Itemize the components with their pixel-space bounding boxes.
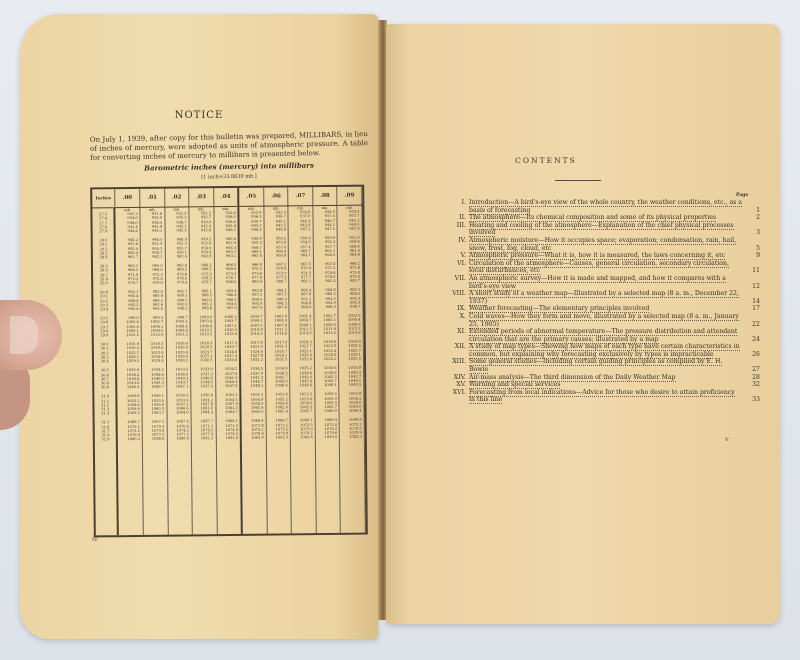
row-group: 1000.71004.11007.51010.81014.2 bbox=[243, 315, 263, 336]
toc-entry: VII.An atmospheric survey—How it is made… bbox=[440, 275, 760, 290]
mb-column: mb.931.3934.6938.0941.4944.8948.2951.695… bbox=[115, 207, 144, 535]
row-group: 949.2952.6956.0959.4962.8 bbox=[192, 237, 212, 258]
toc-entry-title: Some general studies—Including certain g… bbox=[469, 358, 742, 373]
row-group: 1034.51037.91041.31044.71048.1 bbox=[243, 367, 263, 388]
row-group: 932.3935.7939.0942.4945.8 bbox=[192, 211, 212, 232]
row-group: 931.6935.0938.4941.8945.1 bbox=[143, 212, 163, 233]
toc-entry: I.Introduction—A bird's-eye view of the … bbox=[440, 199, 760, 214]
row-group: 31.531.631.731.831.9 bbox=[97, 421, 115, 442]
column-header: .08 bbox=[313, 187, 338, 206]
toc-entry-page: 24 bbox=[742, 336, 760, 344]
row-group: 932.6936.0939.4942.8946.2 bbox=[216, 211, 236, 232]
row-group: 949.9953.3956.7960.1963.4 bbox=[242, 237, 262, 258]
row-group: 1019.01022.41025.71029.11032.5 bbox=[341, 340, 361, 361]
row-group: 948.2951.6955.0958.4961.7 bbox=[118, 238, 138, 259]
row-group: 934.3937.7941.1944.5947.9 bbox=[340, 210, 360, 231]
row-group: 1051.51054.91058.31061.61065.0 bbox=[244, 393, 264, 414]
row-group: 965.1968.5971.9975.3978.7 bbox=[118, 264, 138, 285]
toc-entry-number: VIII. bbox=[440, 290, 469, 298]
row-group: 999.71003.11006.41009.81013.2 bbox=[168, 316, 188, 337]
row-group: 27.527.627.727.827.9 bbox=[94, 212, 112, 233]
row-group: 948.5951.9955.3958.7962.1 bbox=[143, 238, 163, 259]
column-header: .01 bbox=[140, 189, 165, 208]
toc-entry-page: 12 bbox=[742, 283, 760, 291]
toc-entry-page: 11 bbox=[742, 267, 760, 275]
toc-entry: XIV.Air-mass analysis—The third dimensio… bbox=[440, 374, 760, 382]
row-group: 950.2953.6957.0960.4963.8 bbox=[267, 237, 287, 258]
row-group: 966.5969.9973.3976.7980.0 bbox=[217, 263, 237, 284]
row-group: 28.028.128.228.328.4 bbox=[95, 238, 113, 259]
toc-entry-title: Air-mass analysis—The third dimension of… bbox=[469, 374, 742, 382]
toc-entry-page: 26 bbox=[742, 351, 760, 359]
toc-entry-number: XVI. bbox=[440, 389, 469, 397]
toc-entry-page: 17 bbox=[742, 305, 760, 313]
row-group: 983.4986.8990.2993.6997.0 bbox=[217, 289, 237, 310]
row-group: 1035.91039.31042.71046.11049.5 bbox=[341, 366, 361, 387]
row-group: 1033.21036.61040.01043.31046.7 bbox=[144, 368, 164, 389]
column-header: .07 bbox=[288, 187, 313, 206]
notice-title: NOTICE bbox=[20, 110, 378, 121]
row-group: 983.8987.1990.5993.9997.3 bbox=[243, 289, 263, 310]
mb-column: mb.932.6936.0939.4942.8946.2949.6952.995… bbox=[213, 206, 242, 534]
toc-entry-number: IV. bbox=[440, 237, 469, 245]
row-group: 950.6954.0957.4960.7964.1 bbox=[291, 236, 311, 257]
row-group: 1067.11070.41073.81077.21080.6 bbox=[145, 420, 165, 441]
toc-entry-page: 9 bbox=[742, 252, 760, 260]
row-group: 1067.71071.11074.51077.91081.3 bbox=[194, 419, 214, 440]
toc-entry-page: 5 bbox=[742, 245, 760, 253]
row-group: 28.528.628.728.828.9 bbox=[95, 264, 113, 285]
mb-column: mb.931.6935.0938.4941.8945.1948.5951.995… bbox=[140, 207, 168, 535]
row-group: 1050.81054.21057.61061.01064.4 bbox=[193, 393, 213, 414]
toc-entry-page: 22 bbox=[742, 321, 760, 329]
row-group: 934.0937.4940.7944.1947.5 bbox=[315, 210, 335, 231]
row-group: 1068.71072.11075.51078.91082.3 bbox=[269, 419, 289, 440]
toc-entry: V.Atmospheric pressure—What it is, how i… bbox=[440, 252, 760, 260]
row-group: 1067.41070.81074.21077.51080.9 bbox=[169, 420, 189, 441]
table-body: 27.527.627.727.827.928.028.128.228.328.4… bbox=[92, 205, 365, 535]
row-group: 1068.41071.81075.21078.61081.9 bbox=[244, 419, 264, 440]
toc-entry-title: Forecasting from local indications—Advic… bbox=[469, 389, 742, 404]
row-group: 951.3954.6958.0961.4964.8 bbox=[340, 236, 360, 257]
toc-entry-title: Extended periods of abnormal temperature… bbox=[469, 328, 742, 343]
row-group: 950.9954.3957.7961.1964.5 bbox=[316, 236, 336, 257]
page-column-header: Page bbox=[736, 193, 748, 198]
row-group: 1052.51055.91059.31062.71066.0 bbox=[317, 392, 337, 413]
row-group: 984.1987.5990.9994.3997.6 bbox=[267, 289, 287, 310]
toc-entry-page: 33 bbox=[742, 396, 760, 404]
toc-entry-title: Warning and special services bbox=[469, 381, 742, 389]
toc-entry: III.Heating and cooling of the atmospher… bbox=[440, 222, 760, 237]
row-group: 29.029.129.229.329.4 bbox=[95, 290, 113, 311]
toc-entry-page: 14 bbox=[742, 298, 760, 306]
toc-entry: XII.A study of map types—Showing how map… bbox=[440, 343, 760, 358]
row-group: 1018.61022.01025.41028.81032.2 bbox=[317, 340, 337, 361]
row-group: 1018.31021.71025.11028.41031.8 bbox=[292, 340, 312, 361]
toc-entry-number: VI. bbox=[440, 260, 469, 268]
row-group: 1049.81053.21056.61059.91063.3 bbox=[120, 394, 140, 415]
toc-entry-title: Atmospheric pressure—What it is, how it … bbox=[469, 252, 742, 260]
toc-entry: IV.Atmospheric moisture—How it occupies … bbox=[440, 237, 760, 252]
row-group: 966.2969.5972.9976.3979.7 bbox=[192, 263, 212, 284]
row-group: 1015.91019.31022.71026.11029.5 bbox=[119, 342, 139, 363]
toc-entry-title: Heating and cooling of the atmosphere—Ex… bbox=[469, 222, 742, 237]
row-group: 968.2971.6975.0978.3981.7 bbox=[340, 262, 360, 283]
row-group: 983.1986.5989.9993.2996.6 bbox=[192, 289, 212, 310]
row-group: 1052.21055.61058.91062.31065.7 bbox=[293, 392, 313, 413]
toc-entry: XIII.Some general studies—Including cert… bbox=[440, 358, 760, 373]
conversion-table: Inches.00.01.02.03.04.05.06.07.08.09 27.… bbox=[90, 185, 368, 538]
toc-entry-title: Introduction—A bird's-eye view of the wh… bbox=[469, 199, 742, 214]
row-group: 982.7986.1989.5992.9996.3 bbox=[168, 290, 188, 311]
row-group: 965.8969.2972.6976.0979.4 bbox=[168, 264, 188, 285]
row-group: 948.9952.3955.7959.1962.4 bbox=[167, 238, 187, 259]
toc-entry: XVI.Forecasting from local indications—A… bbox=[440, 389, 760, 404]
toc-entry-number: XII. bbox=[440, 343, 469, 351]
row-group: 1000.31003.71007.11010.51013.9 bbox=[217, 315, 237, 336]
column-header: .04 bbox=[213, 188, 238, 207]
row-group: 1051.11054.51057.91061.31064.7 bbox=[218, 393, 238, 414]
row-group: 982.1985.4988.8992.2995.6 bbox=[119, 290, 139, 311]
row-group: 1016.61020.01023.41026.81030.1 bbox=[168, 342, 188, 363]
row-group: 1069.81073.11076.51079.91083.3 bbox=[342, 418, 362, 439]
toc-entry-page: 28 bbox=[742, 374, 760, 382]
row-group: 933.6937.0940.4943.8947.2 bbox=[291, 210, 311, 231]
toc-entry-number: XIII. bbox=[440, 358, 469, 366]
page-number-right: V bbox=[725, 437, 729, 443]
column-header: .02 bbox=[164, 188, 189, 207]
row-group: 1016.91020.31023.71027.11030.5 bbox=[193, 341, 213, 362]
row-group: 1017.91021.31024.71028.11031.5 bbox=[268, 341, 288, 362]
row-group: 933.3936.7940.1943.5946.8 bbox=[266, 211, 286, 232]
toc-entry: XI.Extended periods of abnormal temperat… bbox=[440, 328, 760, 343]
row-group: 999.01002.41005.81009.11012.5 bbox=[119, 316, 139, 337]
toc-entry-number: VII. bbox=[440, 275, 469, 283]
row-group: 1052.81056.21059.61063.01066.4 bbox=[342, 392, 362, 413]
row-group: 1034.91038.31041.71045.01048.4 bbox=[268, 367, 288, 388]
row-group: 1068.11071.51074.81078.21081.6 bbox=[218, 419, 238, 440]
mb-column: mb.933.3936.7940.1943.5946.8950.2953.695… bbox=[264, 206, 292, 534]
row-group: 30.530.630.730.830.9 bbox=[96, 369, 114, 390]
row-group: 31.031.131.231.331.4 bbox=[96, 395, 114, 416]
row-group: 1034.21037.61041.01044.41047.8 bbox=[218, 367, 238, 388]
row-group: 966.8970.2973.6977.0980.4 bbox=[242, 263, 262, 284]
toc-entry-page: 2 bbox=[742, 214, 760, 222]
toc-entry-number: IX. bbox=[440, 305, 469, 313]
row-group: 965.5968.9972.2975.6979.0 bbox=[143, 264, 163, 285]
thumbnail bbox=[10, 316, 38, 354]
row-group: 1069.11072.51075.91079.21082.6 bbox=[293, 418, 313, 439]
toc-entry: XV.Warning and special services32 bbox=[440, 381, 760, 389]
toc-entry: IX.Weather forecasting—The elementary pr… bbox=[440, 305, 760, 313]
toc-entry-page: 3 bbox=[742, 229, 760, 237]
row-group: 1033.51036.91040.31043.71047.1 bbox=[169, 368, 189, 389]
toc-entry-title: An atmospheric survey—How it is made and… bbox=[469, 275, 742, 290]
row-group: 967.5970.9974.3977.7981.1 bbox=[291, 262, 311, 283]
toc-entry: VIII.A short study of a weather map—Illu… bbox=[440, 290, 760, 305]
row-group: 1017.31020.71024.01027.41030.8 bbox=[217, 341, 237, 362]
row-group: 29.529.629.729.829.9 bbox=[96, 316, 114, 337]
row-group: 1069.41072.81076.21079.61083.0 bbox=[318, 418, 338, 439]
toc-entry-number: V. bbox=[440, 252, 469, 260]
row-group: 30.030.130.230.330.4 bbox=[96, 342, 114, 363]
row-group: 1035.61038.91042.31045.71049.1 bbox=[317, 366, 337, 387]
toc-entry-title: Weather forecasting—The elementary princ… bbox=[469, 305, 742, 313]
row-group: 999.31002.71006.11009.51012.9 bbox=[144, 316, 164, 337]
toc-entry-page: 32 bbox=[742, 381, 760, 389]
title-rule bbox=[555, 180, 601, 181]
row-group: 984.8988.2991.5994.9998.3 bbox=[316, 288, 336, 309]
row-group: 985.1988.5991.9995.3998.7 bbox=[341, 288, 361, 309]
mb-column: mb.932.9936.3939.7943.1946.5949.9953.395… bbox=[239, 206, 268, 534]
row-group: 1001.71005.11008.51011.91015.2 bbox=[316, 314, 336, 335]
row-group: 1066.71070.11073.51076.91080.3 bbox=[120, 420, 140, 441]
contents-title: CONTENTS bbox=[386, 156, 706, 165]
row-group: 1017.61021.01024.41027.81031.2 bbox=[243, 341, 263, 362]
mb-column: mb.933.6937.0940.4943.8947.2950.6954.095… bbox=[288, 206, 316, 534]
row-group: 1033.91037.31040.61044.01047.4 bbox=[193, 367, 213, 388]
row-group: 1000.01003.41006.81010.21013.5 bbox=[193, 315, 213, 336]
mb-column: mb.931.9935.3938.7942.1945.5948.9952.395… bbox=[165, 207, 193, 535]
row-group: 1001.41004.71008.11011.51014.9 bbox=[292, 314, 312, 335]
mb-column: mb.932.3935.7939.0942.4945.8949.2952.695… bbox=[189, 207, 217, 535]
column-header: .05 bbox=[238, 188, 263, 207]
row-group: 984.4987.8991.2994.6998.0 bbox=[292, 288, 312, 309]
toc-entry-number: XV. bbox=[440, 381, 469, 389]
column-header: .00 bbox=[115, 189, 140, 208]
row-group: 967.8971.2974.6978.0981.4 bbox=[316, 262, 336, 283]
table-of-contents: I.Introduction—A bird's-eye view of the … bbox=[440, 199, 760, 404]
row-group: 931.9935.3938.7942.1945.5 bbox=[167, 212, 187, 233]
row-group: 949.6952.9956.3959.7963.1 bbox=[216, 237, 236, 258]
toc-entry-number: I. bbox=[440, 199, 469, 207]
row-group: 1032.91036.21039.61043.01046.4 bbox=[120, 368, 140, 389]
row-group: 1002.01005.41008.81012.21015.6 bbox=[341, 314, 361, 335]
column-header: .03 bbox=[189, 188, 214, 207]
column-header-inches: Inches bbox=[92, 189, 115, 208]
row-group: 982.4985.8989.2992.6995.9 bbox=[143, 290, 163, 311]
mb-column: mb.934.0937.4940.7944.1947.5950.9954.395… bbox=[313, 205, 341, 533]
row-group: 967.2970.6973.9977.3980.7 bbox=[267, 263, 287, 284]
toc-entry-title: Atmospheric moisture—How it occupies spa… bbox=[469, 237, 742, 252]
row-group: 1051.81055.21058.61062.01065.4 bbox=[268, 393, 288, 414]
column-header: .09 bbox=[337, 187, 362, 206]
row-group: 1016.31019.61023.01026.41029.8 bbox=[144, 342, 164, 363]
toc-entry-title: A short study of a weather map—Illustrat… bbox=[469, 290, 742, 305]
toc-entry-page: 1 bbox=[742, 207, 760, 215]
toc-entry-title: A study of map types—Showing how maps of… bbox=[469, 343, 742, 358]
row-group: 1050.51053.91057.21060.61064.0 bbox=[169, 394, 189, 415]
toc-entry-page: 27 bbox=[742, 366, 760, 374]
row-group: 932.9936.3939.7943.1946.5 bbox=[242, 211, 262, 232]
toc-entry-title: The atmosphere—Its chemical composition … bbox=[469, 214, 742, 222]
row-group: 1050.11053.51056.91060.31063.7 bbox=[144, 394, 164, 415]
toc-entry-number: XIV. bbox=[440, 374, 469, 382]
toc-entry-title: Circulation of the atmosphere—Causes, ge… bbox=[469, 260, 742, 275]
toc-entry-title: Cold waves—How they form and move, illus… bbox=[469, 313, 742, 328]
page-number-left: IV bbox=[92, 537, 98, 543]
toc-entry-number: II. bbox=[440, 214, 469, 222]
toc-entry-number: XI. bbox=[440, 328, 469, 336]
row-group: 931.3934.6938.0941.4944.8 bbox=[118, 212, 138, 233]
column-header: .06 bbox=[264, 187, 289, 206]
toc-entry-number: X. bbox=[440, 313, 469, 321]
toc-entry: X.Cold waves—How they form and move, ill… bbox=[440, 313, 760, 328]
mb-column: mb.934.3937.7941.1944.5947.9951.3954.695… bbox=[337, 205, 365, 533]
toc-entry: II.The atmosphere—Its chemical compositi… bbox=[440, 214, 760, 222]
toc-entry-number: III. bbox=[440, 222, 469, 230]
row-group: 1035.21038.61042.01045.41048.8 bbox=[293, 366, 313, 387]
row-group: 1001.01004.41007.81011.21014.6 bbox=[268, 315, 288, 336]
toc-entry: VI.Circulation of the atmosphere—Causes,… bbox=[440, 260, 760, 275]
